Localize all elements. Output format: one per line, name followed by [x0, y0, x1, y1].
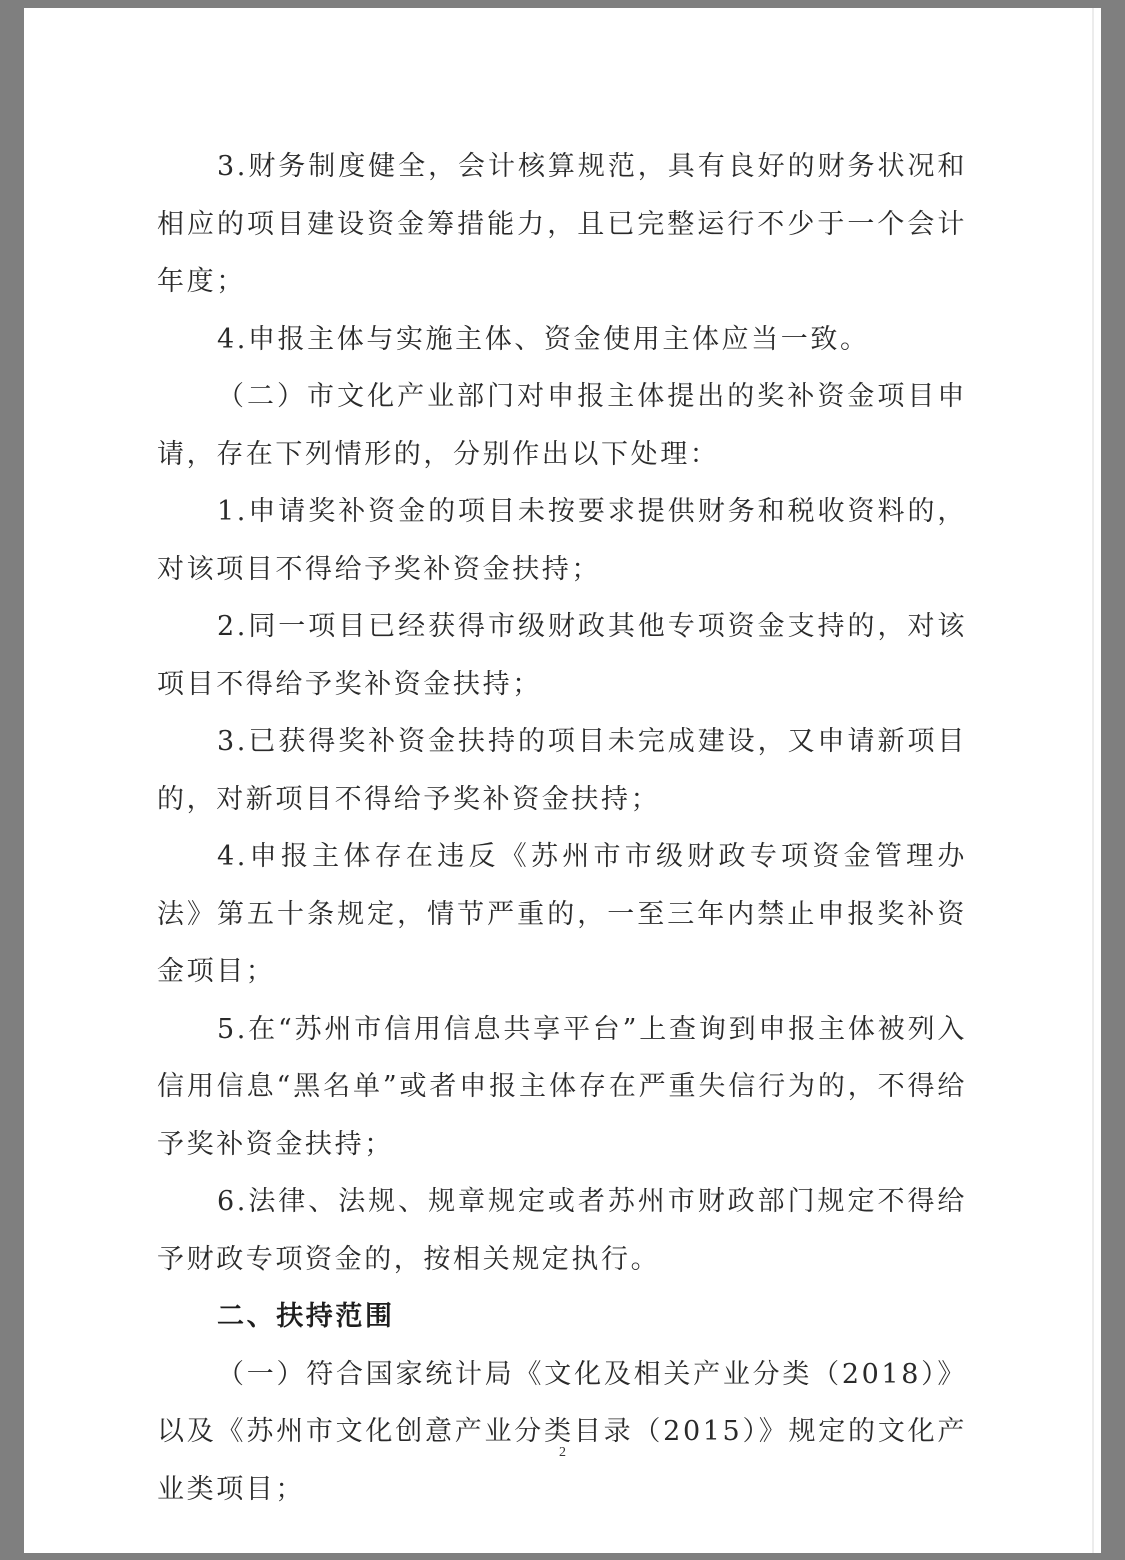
paragraph-case-6: 6.法律、法规、规章规定或者苏州市财政部门规定不得给予财政专项资金的，按相关规定…	[157, 1173, 967, 1288]
paragraph-case-2: 2.同一项目已经获得市级财政其他专项资金支持的，对该项目不得给予奖补资金扶持；	[157, 598, 967, 713]
paragraph-case-4: 4.申报主体存在违反《苏州市市级财政专项资金管理办法》第五十条规定，情节严重的，…	[157, 828, 967, 1001]
document-body: 3.财务制度健全，会计核算规范，具有良好的财务状况和相应的项目建设资金筹措能力，…	[157, 138, 967, 1518]
paragraph-section-2-handling: （二）市文化产业部门对申报主体提出的奖补资金项目申请，存在下列情形的，分别作出以…	[157, 368, 967, 483]
paragraph-case-5: 5.在“苏州市信用信息共享平台”上查询到申报主体被列入信用信息“黑名单”或者申报…	[157, 1001, 967, 1174]
paragraph-item-4-consistency: 4.申报主体与实施主体、资金使用主体应当一致。	[157, 311, 967, 369]
paragraph-case-3: 3.已获得奖补资金扶持的项目未完成建设，又申请新项目的，对新项目不得给予奖补资金…	[157, 713, 967, 828]
paragraph-scope-1: （一）符合国家统计局《文化及相关产业分类（2018）》以及《苏州市文化创意产业分…	[157, 1346, 967, 1519]
page-number: 2	[24, 1445, 1101, 1461]
page-edge-shadow	[1092, 8, 1094, 1553]
paragraph-item-3-finance: 3.财务制度健全，会计核算规范，具有良好的财务状况和相应的项目建设资金筹措能力，…	[157, 138, 967, 311]
document-page: 3.财务制度健全，会计核算规范，具有良好的财务状况和相应的项目建设资金筹措能力，…	[24, 8, 1101, 1553]
section-heading-support-scope: 二、扶持范围	[157, 1288, 967, 1346]
paragraph-case-1: 1.申请奖补资金的项目未按要求提供财务和税收资料的，对该项目不得给予奖补资金扶持…	[157, 483, 967, 598]
